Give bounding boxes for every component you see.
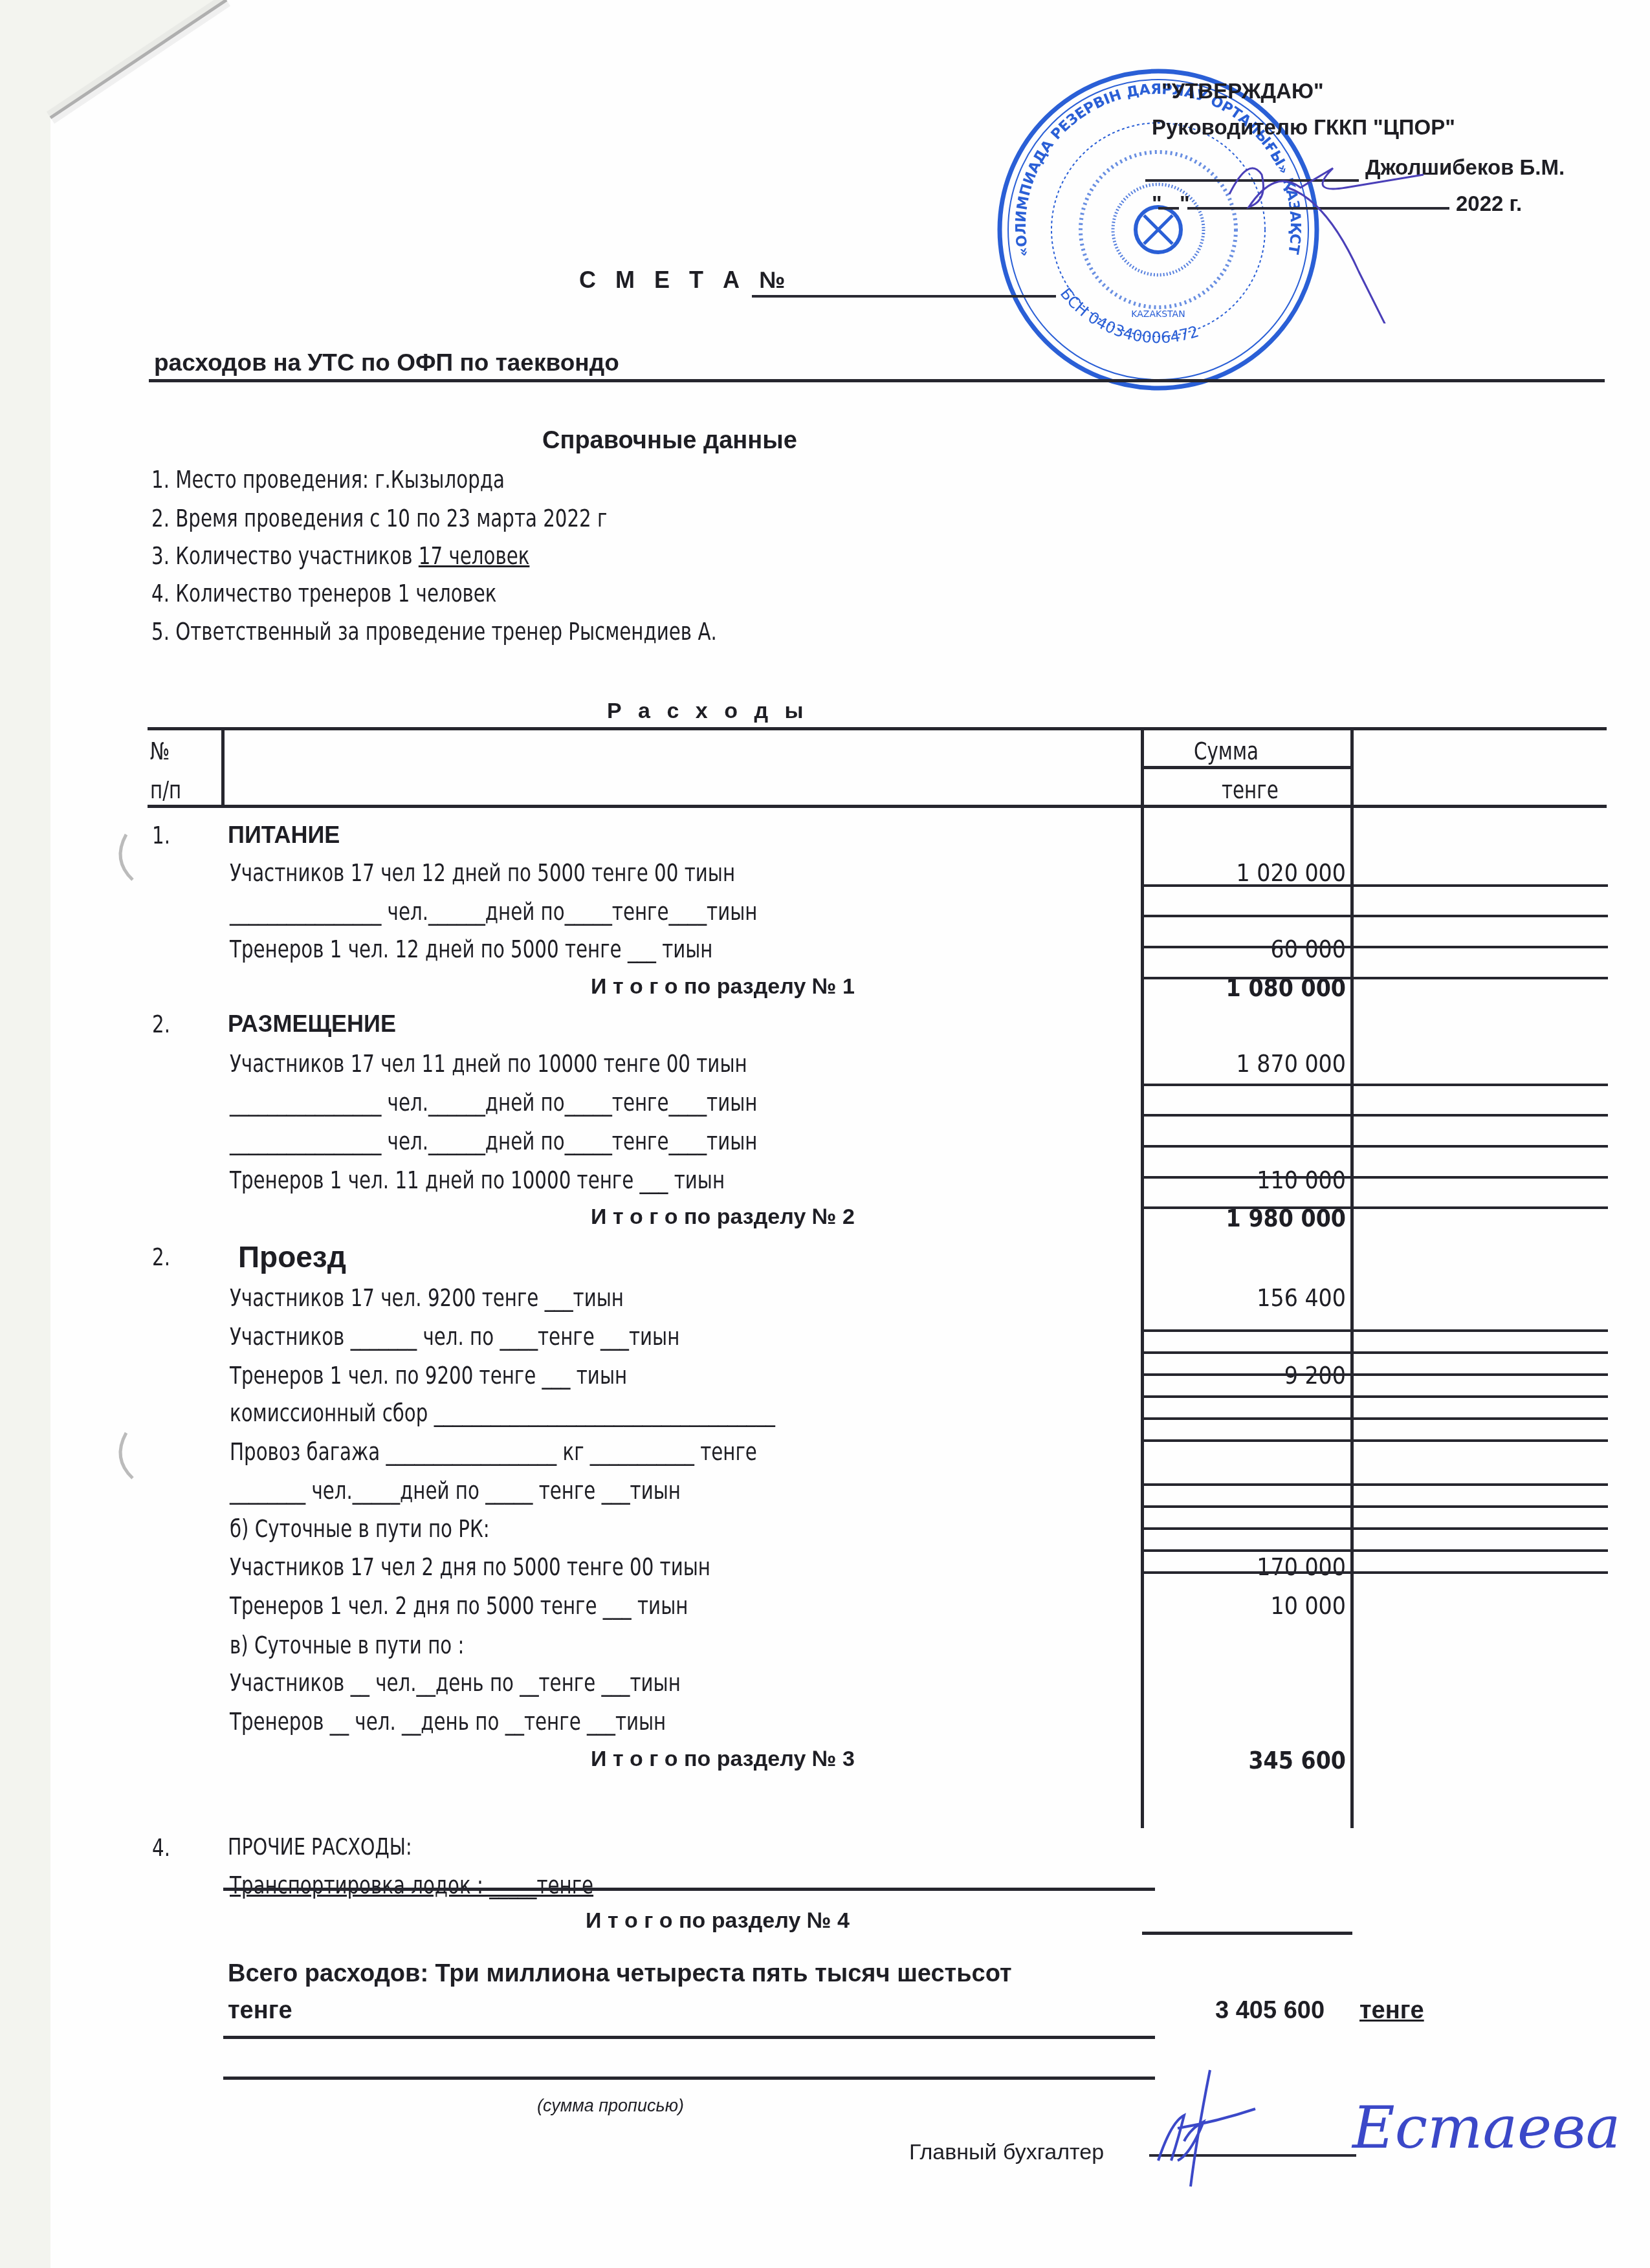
col-sum-currency: тенге bbox=[1222, 776, 1279, 804]
col-sum-label: Сумма bbox=[1194, 737, 1259, 765]
expense-row-description: Участников 17 чел 2 дня по 5000 тенге 00… bbox=[230, 1553, 710, 1581]
expense-row-description: ________________ чел.______дней по_____т… bbox=[230, 898, 757, 926]
section-number: 2. bbox=[152, 1243, 170, 1271]
sum-header-divider bbox=[1142, 766, 1352, 769]
section-total-amount: 345 600 bbox=[1171, 1747, 1346, 1774]
section-number: 4. bbox=[152, 1834, 170, 1862]
section-title: ПРОЧИЕ РАСХОДЫ: bbox=[228, 1834, 412, 1860]
expense-row-description: Участников _______ чел. по ____тенге ___… bbox=[230, 1323, 679, 1351]
table-header-rule bbox=[148, 805, 1607, 808]
expense-row-amount: 170 000 bbox=[1171, 1553, 1346, 1581]
table-row-rule bbox=[1142, 1483, 1608, 1486]
table-row-rule bbox=[1142, 946, 1608, 948]
expense-row-description: ________________ чел.______дней по_____т… bbox=[230, 1128, 757, 1155]
expense-row-amount: 60 000 bbox=[1171, 935, 1346, 963]
expense-row-amount: 156 400 bbox=[1171, 1284, 1346, 1312]
expense-row-description: комиссионный сбор ______________________… bbox=[230, 1399, 775, 1427]
table-row-rule bbox=[1142, 1373, 1608, 1376]
reference-item-place: 1. Место проведения: г.Кызылорда bbox=[151, 466, 505, 494]
table-top-rule bbox=[148, 727, 1607, 730]
svg-text:Естаева: Естаева bbox=[1351, 2094, 1620, 2162]
estimate-subtitle: расходов на УТС по ОФП по таеквондо bbox=[154, 349, 619, 376]
table-row-rule bbox=[1142, 1571, 1608, 1574]
section-total-label: И т о г о по разделу № 1 bbox=[591, 974, 855, 999]
expense-row-amount: 10 000 bbox=[1171, 1592, 1346, 1620]
approval-label: "УТВЕРЖДАЮ" bbox=[1161, 79, 1324, 104]
section-title: ПИТАНИЕ bbox=[228, 822, 340, 849]
subtitle-rule bbox=[149, 379, 1605, 382]
table-row-rule bbox=[1142, 1329, 1608, 1332]
expense-row-description: в) Суточные в пути по : bbox=[230, 1631, 464, 1659]
date-quote-open: " bbox=[1152, 191, 1162, 216]
expense-row-description: Участников 17 чел. 9200 тенге ___тиын bbox=[230, 1284, 624, 1312]
accountant-label: Главный бухгалтер bbox=[909, 2140, 1104, 2165]
svg-text:KAZAKSTAN: KAZAKSTAN bbox=[1131, 309, 1185, 320]
table-row-rule bbox=[1142, 1527, 1608, 1530]
expense-row-description: Транспортировка лодок : _____тенге bbox=[230, 1871, 593, 1899]
section4-rule bbox=[223, 1888, 1155, 1891]
grand-total-words-line2: тенге bbox=[228, 1997, 292, 2025]
reference-heading: Справочные данные bbox=[542, 427, 797, 455]
table-row-rule bbox=[1142, 1084, 1608, 1086]
participants-count: 17 человек bbox=[419, 542, 530, 570]
sum-col-left-border bbox=[1141, 728, 1144, 1828]
table-row-rule bbox=[1142, 1417, 1608, 1420]
expense-row-description: б) Суточные в пути по РК: bbox=[230, 1515, 490, 1543]
expense-row-description: Тренеров __ чел. __день по __тенге ___ти… bbox=[230, 1708, 666, 1736]
sum-col-right-border bbox=[1350, 728, 1354, 1828]
section-title: Проезд bbox=[238, 1239, 346, 1274]
table-row-rule bbox=[1142, 1145, 1608, 1148]
expense-row-description: Участников __ чел.__день по __тенге ___т… bbox=[230, 1669, 681, 1697]
col-num-label-2: п/п bbox=[150, 776, 181, 804]
grand-total-words-line1: Всего расходов: Три миллиона четыреста п… bbox=[228, 1960, 1012, 1988]
expense-row-amount: 1 870 000 bbox=[1171, 1050, 1346, 1078]
section-number: 2. bbox=[152, 1010, 170, 1038]
date-day-blank bbox=[1158, 207, 1179, 210]
words-rule-1 bbox=[223, 2036, 1155, 2039]
grand-total-currency: тенге bbox=[1359, 1997, 1424, 2025]
expense-row-description: ________________ чел.______дней по_____т… bbox=[230, 1089, 757, 1117]
col-num-label: № bbox=[150, 737, 170, 765]
expense-row-amount: 110 000 bbox=[1171, 1166, 1346, 1194]
table-row-rule bbox=[1142, 1549, 1608, 1552]
reference-item-participants: 3. Количество участников 17 человек bbox=[151, 542, 529, 570]
num-col-divider bbox=[221, 728, 225, 807]
table-row-rule bbox=[1142, 915, 1608, 917]
expense-row-description: ________ чел._____дней по _____ тенге __… bbox=[230, 1477, 681, 1505]
accountant-handwritten-signature: Естаева bbox=[1139, 2064, 1631, 2193]
reference-item-coaches: 4. Количество тренеров 1 человек bbox=[151, 580, 497, 607]
table-row-rule bbox=[1142, 1206, 1608, 1209]
table-row-rule bbox=[1142, 1395, 1608, 1398]
table-row-rule bbox=[1142, 1505, 1608, 1508]
participants-label: 3. Количество участников bbox=[151, 542, 419, 570]
table-row-rule bbox=[1142, 1176, 1608, 1179]
words-caption: (сумма прописью) bbox=[537, 2096, 684, 2116]
expenses-heading: Р а с х о д ы bbox=[607, 699, 808, 724]
table-row-rule bbox=[1142, 1439, 1608, 1442]
expense-row-description: Провоз багажа __________________ кг ____… bbox=[230, 1438, 757, 1466]
reference-item-responsible: 5. Ответственный за проведение тренер Ры… bbox=[151, 618, 717, 646]
date-quote-close: " bbox=[1180, 191, 1190, 216]
table-row-rule bbox=[1142, 1351, 1608, 1354]
approval-year: 2022 г. bbox=[1456, 191, 1522, 216]
table-row-rule bbox=[1142, 884, 1608, 887]
grand-total-amount: 3 405 600 bbox=[1215, 1997, 1325, 2025]
section-title: РАЗМЕЩЕНИЕ bbox=[228, 1010, 396, 1038]
expense-row-description: Тренеров 1 чел. 11 дней по 10000 тенге _… bbox=[230, 1166, 725, 1194]
expense-row-description: Тренеров 1 чел. 2 дня по 5000 тенге ___ … bbox=[230, 1592, 688, 1620]
section-total-label: И т о г о по разделу № 4 bbox=[586, 1908, 850, 1934]
expense-row-description: Участников 17 чел 11 дней по 10000 тенге… bbox=[230, 1050, 747, 1078]
words-rule-2 bbox=[223, 2077, 1155, 2080]
section-number: 1. bbox=[152, 822, 170, 849]
approver-handwritten-signature bbox=[1210, 129, 1443, 323]
section-total-label: И т о г о по разделу № 3 bbox=[591, 1747, 855, 1772]
expense-row-amount: 1 020 000 bbox=[1171, 859, 1346, 887]
expense-row-description: Тренеров 1 чел. 12 дней по 5000 тенге __… bbox=[230, 935, 713, 963]
estimate-title: С М Е Т А № bbox=[579, 267, 791, 294]
expense-row-description: Участников 17 чел 12 дней по 5000 тенге … bbox=[230, 859, 735, 887]
section-total-label: И т о г о по разделу № 2 bbox=[591, 1205, 855, 1230]
estimate-number-blank bbox=[752, 295, 1056, 298]
table-row-rule bbox=[1142, 1114, 1608, 1117]
table-row-rule bbox=[1142, 977, 1608, 979]
reference-item-time: 2. Время проведения с 10 по 23 марта 202… bbox=[151, 505, 607, 532]
expense-row-description: Тренеров 1 чел. по 9200 тенге ___ тиын bbox=[230, 1362, 627, 1390]
section4-total-blank bbox=[1142, 1932, 1352, 1935]
